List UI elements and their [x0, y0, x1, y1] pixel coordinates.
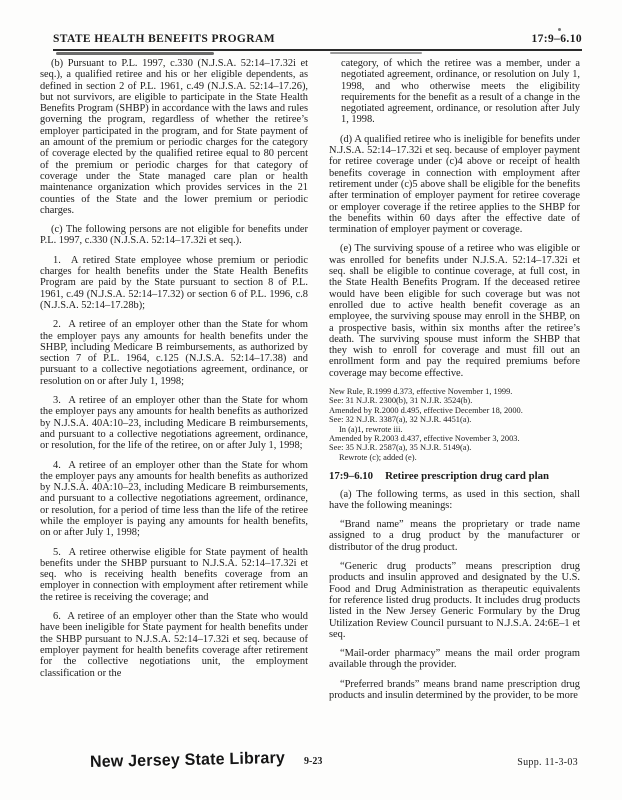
supplement-date: Supp. 11-3-03	[517, 757, 578, 768]
column-left: (b) Pursuant to P.L. 1997, c.330 (N.J.S.…	[40, 58, 308, 709]
program-title: STATE HEALTH BENEFITS PROGRAM	[53, 33, 275, 45]
paragraph-b: (b) Pursuant to P.L. 1997, c.330 (N.J.S.…	[40, 58, 308, 216]
list-item-1: 1. A retired State employee whose premiu…	[40, 255, 308, 311]
history-notes: New Rule, R.1999 d.373, effective Novemb…	[329, 387, 580, 462]
scan-smudge	[330, 52, 422, 54]
history-note: Rewrote (c); added (e).	[329, 453, 580, 462]
definition-generic-drug-products: “Generic drug products” means prescripti…	[329, 561, 580, 640]
section-ref: 17:9–6.10	[531, 33, 582, 45]
body-columns: (b) Pursuant to P.L. 1997, c.330 (N.J.S.…	[40, 58, 580, 709]
list-item-6-continuation: category, of which the retiree was a mem…	[341, 58, 580, 126]
list-item-4: 4. A retiree of an employer other than t…	[40, 460, 308, 539]
list-item-3: 3. A retiree of an employer other than t…	[40, 395, 308, 451]
definition-preferred-brands: “Preferred brands” means brand name pres…	[329, 679, 580, 702]
history-note: See: 32 N.J.R. 3387(a), 32 N.J.R. 4451(a…	[329, 415, 580, 424]
library-stamp: New Jersey State Library	[90, 749, 285, 772]
section-heading-number: 17:9–6.10	[329, 470, 373, 482]
history-note: New Rule, R.1999 d.373, effective Novemb…	[329, 387, 580, 396]
paragraph-a: (a) The following terms, as used in this…	[329, 489, 580, 512]
header-rule	[53, 49, 582, 51]
paragraph-d: (d) A qualified retiree who is ineligibl…	[329, 134, 580, 236]
history-note: See: 31 N.J.R. 2300(b), 31 N.J.R. 3524(b…	[329, 396, 580, 405]
list-item-5: 5. A retiree otherwise eligible for Stat…	[40, 547, 308, 603]
history-note: See: 35 N.J.R. 2587(a), 35 N.J.R. 5149(a…	[329, 443, 580, 452]
paragraph-c: (c) The following persons are not eligib…	[40, 224, 308, 247]
document-page: STATE HEALTH BENEFITS PROGRAM 17:9–6.10 …	[0, 0, 622, 800]
paragraph-e: (e) The surviving spouse of a retiree wh…	[329, 243, 580, 379]
list-item-2: 2. A retiree of an employer other than t…	[40, 319, 308, 387]
page-number: 9-23	[304, 756, 322, 767]
section-heading: 17:9–6.10Retiree prescription drug card …	[329, 471, 580, 482]
history-note: Amended by R.2000 d.495, effective Decem…	[329, 406, 580, 415]
definition-brand-name: “Brand name” means the proprietary or tr…	[329, 519, 580, 553]
scan-smudge	[56, 52, 214, 55]
history-note: Amended by R.2003 d.437, effective Novem…	[329, 434, 580, 443]
list-item-6: 6. A retiree of an employer other than t…	[40, 611, 308, 679]
definition-mail-order-pharmacy: “Mail-order pharmacy” means the mail ord…	[329, 648, 580, 671]
scan-speck	[558, 28, 561, 31]
section-heading-title: Retiree prescription drug card plan	[385, 470, 549, 482]
history-note: In (a)1, rewrote iii.	[329, 425, 580, 434]
column-right: category, of which the retiree was a mem…	[329, 58, 580, 709]
page-header: STATE HEALTH BENEFITS PROGRAM 17:9–6.10	[53, 33, 582, 45]
